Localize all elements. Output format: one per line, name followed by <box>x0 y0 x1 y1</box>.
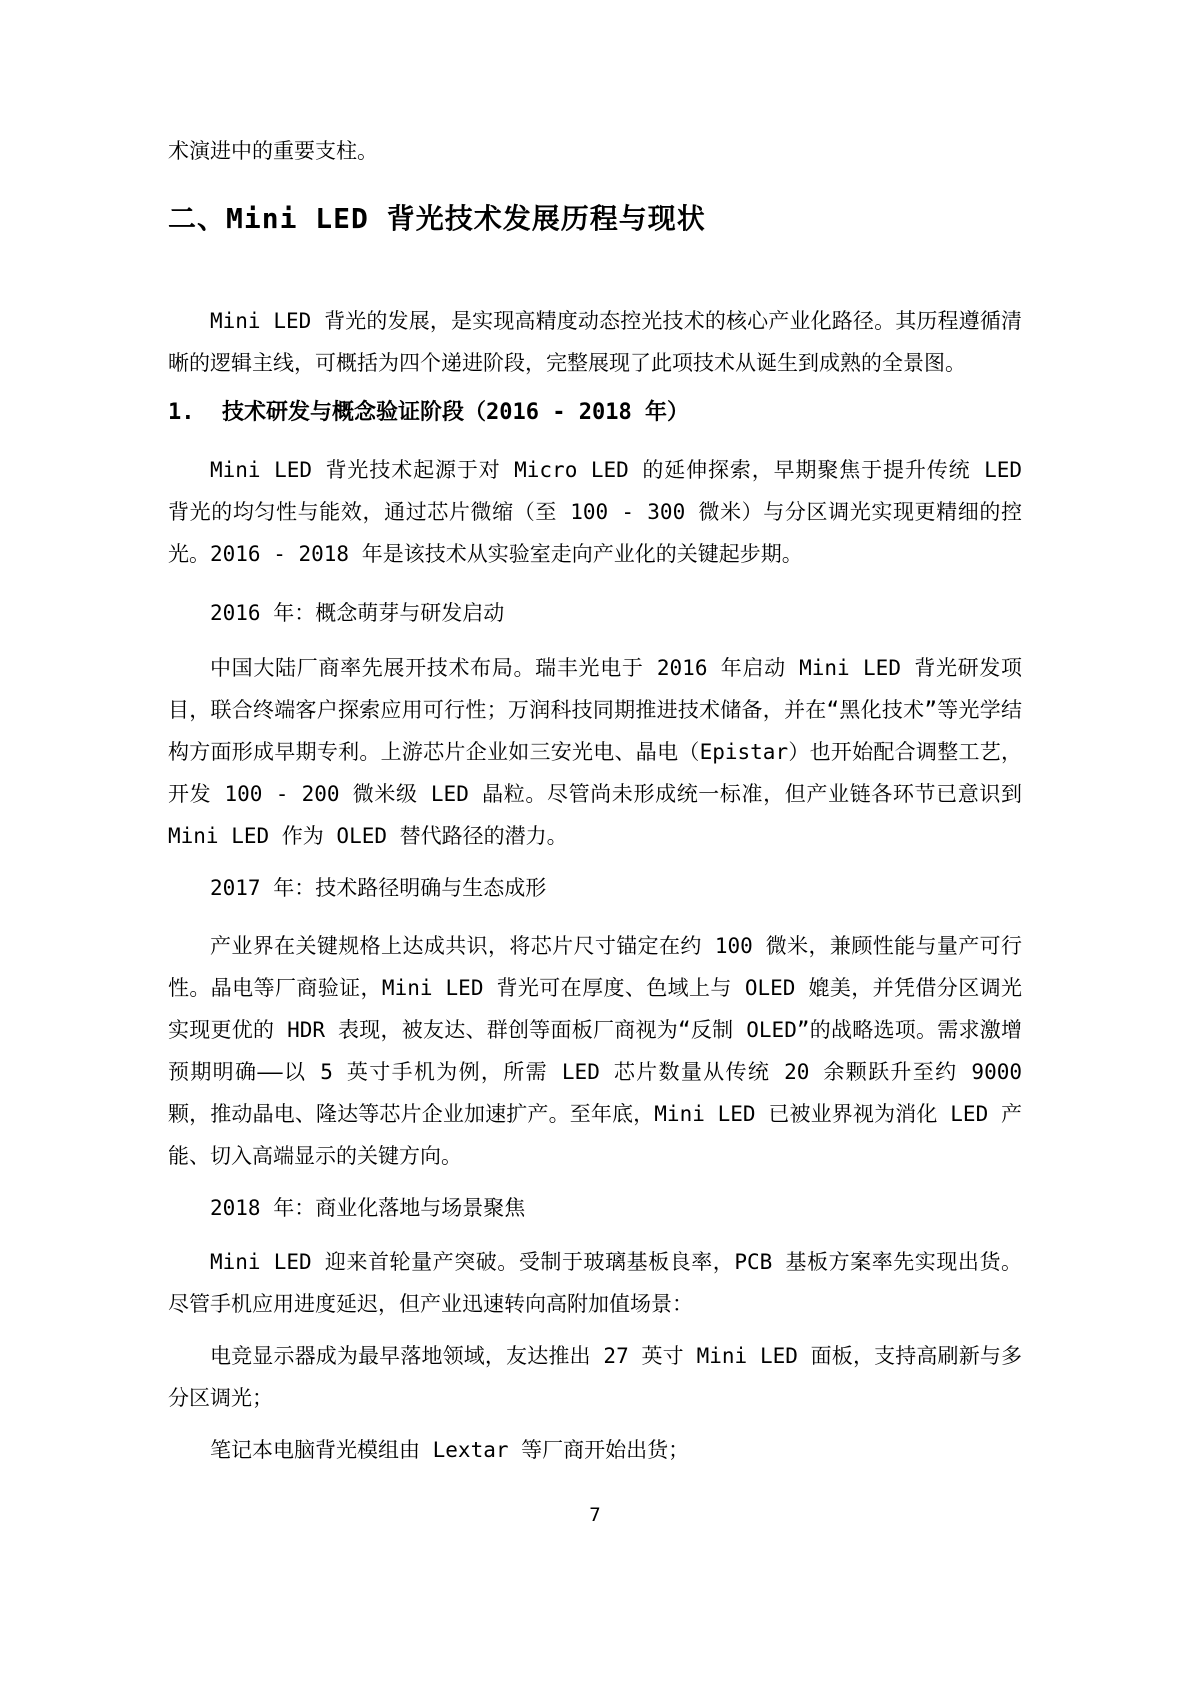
intro-paragraph: Mini LED 背光的发展，是实现高精度动态控光技术的核心产业化路径。其历程遵… <box>168 300 1022 384</box>
paragraph-notebook-backlight: 笔记本电脑背光模组由 Lextar 等厂商开始出货； <box>168 1429 1022 1471</box>
subsection-heading: 1.技术研发与概念验证阶段（2016 - 2018 年） <box>168 392 1022 434</box>
year-subheading-2016: 2016 年：概念萌芽与研发启动 <box>168 592 1022 634</box>
paragraph-2018-detail: Mini LED 迎来首轮量产突破。受制于玻璃基板良率，PCB 基板方案率先实现… <box>168 1241 1022 1325</box>
page-number: 7 <box>0 1500 1190 1530</box>
year-subheading-2018: 2018 年：商业化落地与场景聚焦 <box>168 1187 1022 1229</box>
chapter-heading: 二、Mini LED 背光技术发展历程与现状 <box>168 199 1022 239</box>
continuation-paragraph: 术演进中的重要支柱。 <box>168 130 1022 172</box>
subsection-title: 技术研发与概念验证阶段（2016 - 2018 年） <box>222 400 689 425</box>
document-page: 术演进中的重要支柱。 二、Mini LED 背光技术发展历程与现状 Mini L… <box>168 0 1022 1471</box>
paragraph-2016-detail: 中国大陆厂商率先展开技术布局。瑞丰光电于 2016 年启动 Mini LED 背… <box>168 647 1022 857</box>
subsection-number: 1. <box>168 392 222 434</box>
paragraph-gaming-monitor: 电竞显示器成为最早落地领域，友达推出 27 英寸 Mini LED 面板，支持高… <box>168 1335 1022 1419</box>
paragraph-2017-detail: 产业界在关键规格上达成共识，将芯片尺寸锚定在约 100 微米，兼顾性能与量产可行… <box>168 925 1022 1177</box>
paragraph-tech-origin: Mini LED 背光技术起源于对 Micro LED 的延伸探索，早期聚焦于提… <box>168 449 1022 575</box>
year-subheading-2017: 2017 年：技术路径明确与生态成形 <box>168 867 1022 909</box>
